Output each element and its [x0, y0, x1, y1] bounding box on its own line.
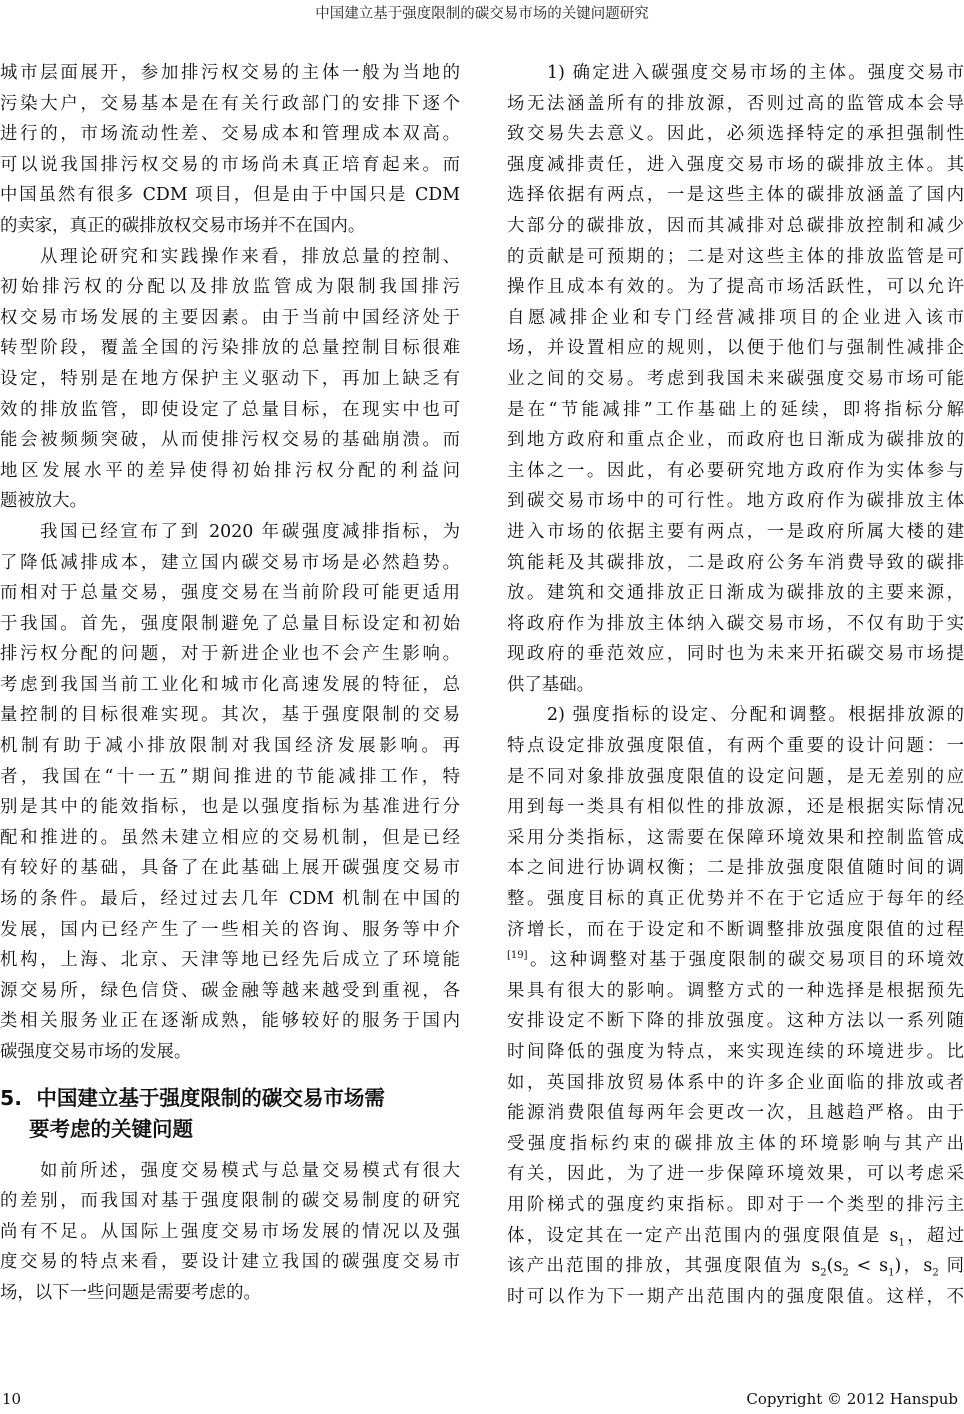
text-line: 时间降低的强度为特点，来实现连续的环境进步。比 [507, 1037, 964, 1068]
text-line: 将政府作为排放主体纳入碳交易市场，不仅有助于实 [507, 609, 964, 640]
text-line: 源交易所，绿色信贷、碳金融等越来越受到重视，各 [0, 976, 460, 1007]
text-line: 效的排放监管，即使设定了总量目标，在现实中也可 [0, 395, 460, 426]
text-line: 到地方政府和重点企业，而政府也日渐成为碳排放的 [507, 425, 964, 456]
text-line: 用阶梯式的强度约束指标。即对于一个类型的排污主 [507, 1190, 964, 1221]
text-line: 现政府的垂范效应，同时也为未来开拓碳交易市场提 [507, 639, 964, 670]
text-line: 供了基础。 [507, 670, 964, 701]
paragraph-3: 我国已经宣布了到 2020 年碳强度减排指标，为 了降低减排成本，建立国内碳交易… [0, 517, 460, 1068]
text-line: 者，我国在“十一五”期间推进的节能减排工作，特 [0, 762, 460, 793]
text-line: 可以说我国排污权交易的市场尚未真正培育起来。而 [0, 150, 460, 181]
text-line: 地区发展水平的差异使得初始排污权分配的利益问 [0, 456, 460, 487]
text-line: 强度减排责任，进入强度交易市场的碳排放主体。其 [507, 150, 964, 181]
text-line: 进行的，市场流动性差、交易成本和管理成本双高。 [0, 119, 460, 150]
text-line: 类相关服务业正在逐渐成熟，能够较好的服务于国内 [0, 1006, 460, 1037]
running-header: 中国建立基于强度限制的碳交易市场的关键问题研究 [0, 2, 964, 23]
list-item-1: 1) 确定进入碳强度交易市场的主体。强度交易市 场无法涵盖所有的排放源，否则过高… [507, 58, 964, 700]
text-line: 排污权分配的问题，对于新进企业也不会产生影响。 [0, 639, 460, 670]
text-line: 的卖家，真正的碳排放权交易市场并不在国内。 [0, 211, 460, 242]
text-line: 尚有不足。从国际上强度交易市场发展的情况以及强 [0, 1217, 460, 1248]
text-line: 到碳交易市场中的可行性。地方政府作为碳排放主体 [507, 486, 964, 517]
text-line: 从理论研究和实践操作来看，排放总量的控制、 [0, 242, 460, 273]
text-line: 放。建筑和交通排放正日渐成为碳排放的主要来源， [507, 578, 964, 609]
text-line: 权交易市场发展的主要因素。由于当前中国经济处于 [0, 303, 460, 334]
text-line: 度交易的特点来看，要设计建立我国的碳强度交易市 [0, 1247, 460, 1278]
list-item-2: 2) 强度指标的设定、分配和调整。根据排放源的 特点设定排放强度限值，有两个重要… [507, 700, 964, 1312]
text-line: 有关，因此，为了进一步保障环境效果，可以考虑采 [507, 1159, 964, 1190]
text-line: 场的条件。最后，经过过去几年 CDM 机制在中国的 [0, 884, 460, 915]
text-line: 于我国。首先，强度限制避免了总量目标设定和初始 [0, 609, 460, 640]
paragraph-4: 如前所述，强度交易模式与总量交易模式有很大 的差别，而我国对基于强度限制的碳交易… [0, 1156, 460, 1309]
left-column: 城市层面展开，参加排污权交易的主体一般为当地的 污染大户，交易基本是在有关行政部… [0, 58, 460, 1309]
right-column: 1) 确定进入碳强度交易市场的主体。强度交易市 场无法涵盖所有的排放源，否则过高… [507, 58, 964, 1312]
text-line: 济增长，而在于设定和不断调整排放强度限值的过程 [507, 915, 964, 946]
text-line: 果具有很大的影响。调整方式的一种选择是根据预先 [507, 976, 964, 1007]
text-line: 时可以作为下一期产出范围内的强度限值。这样，不 [507, 1282, 964, 1313]
text-line: 本之间进行协调权衡；二是排放强度限值随时间的调 [507, 853, 964, 884]
text-line: 进入市场的依据主要有两点，一是政府所属大楼的建 [507, 517, 964, 548]
text-line: 自愿减排企业和专门经营减排项目的企业进入该市 [507, 303, 964, 334]
section-number: 5. [0, 1086, 22, 1110]
citation-link[interactable]: [19] [507, 950, 528, 961]
text-line: 机制有助于减小排放限制对我国经济发展影响。再 [0, 731, 460, 762]
text-line: 题被放大。 [0, 486, 460, 517]
text-line: 的贡献是可预期的；二是对这些主体的排放监管是可 [507, 242, 964, 273]
text-line: 主体之一。因此，有必要研究地方政府作为实体参与 [507, 456, 964, 487]
text-line: 初始排污权的分配以及排放监管成为限制我国排污 [0, 272, 460, 303]
text-line: 场，并设置相应的规则，以便于他们与强制性减排企 [507, 333, 964, 364]
text-line: 考虑到我国当前工业化和城市化高速发展的特征，总 [0, 670, 460, 701]
text-line: 整。强度目标的真正优势并不在于它适应于每年的经 [507, 884, 964, 915]
text-line: 是不同对象排放强度限值的设定问题，是无差别的应 [507, 762, 964, 793]
text-line: 而相对于总量交易，强度交易在当前阶段可能更适用 [0, 578, 460, 609]
text-line: 场无法涵盖所有的排放源，否则过高的监管成本会导 [507, 89, 964, 120]
section-heading-5: 5. 中国建立基于强度限制的碳交易市场需 要考虑的关键问题 [0, 1083, 460, 1145]
text-line: 用到每一类具有相似性的排放源，还是根据实际情况 [507, 792, 964, 823]
copyright-notice: Copyright © 2012 Hanspub [746, 1390, 958, 1408]
text-line: 配和推进的。虽然未建立相应的交易机制，但是已经 [0, 823, 460, 854]
text-line: 场，以下一些问题是需要考虑的。 [0, 1278, 460, 1309]
text-line: 城市层面展开，参加排污权交易的主体一般为当地的 [0, 58, 460, 89]
text-line: 我国已经宣布了到 2020 年碳强度减排指标，为 [0, 517, 460, 548]
text-line: 机构，上海、北京、天津等地已经先后成立了环境能 [0, 945, 460, 976]
text-line: 1) 确定进入碳强度交易市场的主体。强度交易市 [507, 58, 964, 89]
text-line: 操作且成本有效的。为了提高市场活跃性，可以允许 [507, 272, 964, 303]
text-line: 转型阶段，覆盖全国的污染排放的总量控制目标很难 [0, 333, 460, 364]
text-line: 如，英国排放贸易体系中的许多企业面临的排放或者 [507, 1068, 964, 1099]
math-line-s2: 该产出范围的排放，其强度限值为 s2(s2 < s1)，s2 同 [507, 1251, 964, 1282]
text-line: 的差别，而我国对基于强度限制的碳交易制度的研究 [0, 1186, 460, 1217]
text-line: 采用分类指标，这需要在保障环境效果和控制监管成 [507, 823, 964, 854]
section-title-line-2: 要考虑的关键问题 [0, 1114, 460, 1145]
paragraph-1: 城市层面展开，参加排污权交易的主体一般为当地的 污染大户，交易基本是在有关行政部… [0, 58, 460, 242]
text-line: 筑能耗及其碳排放，二是政府公务车消费导致的碳排 [507, 548, 964, 579]
text-line: 致交易失去意义。因此，必须选择特定的承担强制性 [507, 119, 964, 150]
text-line: 受强度指标约束的碳排放主体的环境影响与其产出 [507, 1129, 964, 1160]
text-line: 碳强度交易市场的发展。 [0, 1037, 460, 1068]
section-title-line-1: 中国建立基于强度限制的碳交易市场需 [36, 1086, 385, 1110]
text-line: 能源消费限值每两年会更改一次，且越趋严格。由于 [507, 1098, 964, 1129]
page-number: 10 [2, 1390, 21, 1408]
text-line: 安排设定不断下降的排放强度。这种方法以一系列随 [507, 1006, 964, 1037]
text-line: 设定，特别是在地方保护主义驱动下，再加上缺乏有 [0, 364, 460, 395]
text-line: 特点设定排放强度限值，有两个重要的设计问题：一 [507, 731, 964, 762]
text-line: 量控制的目标很难实现。其次，基于强度限制的交易 [0, 700, 460, 731]
text-line: 是在“节能减排”工作基础上的延续，即将指标分解 [507, 395, 964, 426]
text-line: 污染大户，交易基本是在有关行政部门的安排下逐个 [0, 89, 460, 120]
text-line: 了降低减排成本，建立国内碳交易市场是必然趋势。 [0, 548, 460, 579]
text-line: 2) 强度指标的设定、分配和调整。根据排放源的 [507, 700, 964, 731]
text-line: 别是其中的能效指标，也是以强度指标为基准进行分 [0, 792, 460, 823]
math-line-s1: 体，设定其在一定产出范围内的强度限值是 s1，超过 [507, 1221, 964, 1252]
text-line: 如前所述，强度交易模式与总量交易模式有很大 [0, 1156, 460, 1187]
text-line: 中国虽然有很多 CDM 项目，但是由于中国只是 CDM [0, 180, 460, 211]
text-line: 发展，国内已经产生了一些相关的咨询、服务等中介 [0, 915, 460, 946]
text-line: 能会被频频突破，从而使排污权交易的基础崩溃。而 [0, 425, 460, 456]
text-line: 大部分的碳排放，因而其减排对总碳排放控制和减少 [507, 211, 964, 242]
text-line: 业之间的交易。考虑到我国未来碳强度交易市场可能 [507, 364, 964, 395]
text-line: 有较好的基础，具备了在此基础上展开碳强度交易市 [0, 853, 460, 884]
text-line: [19]。这种调整对基于强度限制的碳交易项目的环境效 [507, 945, 964, 976]
paragraph-2: 从理论研究和实践操作来看，排放总量的控制、 初始排污权的分配以及排放监管成为限制… [0, 242, 460, 517]
text-line: 选择依据有两点，一是这些主体的碳排放涵盖了国内 [507, 180, 964, 211]
